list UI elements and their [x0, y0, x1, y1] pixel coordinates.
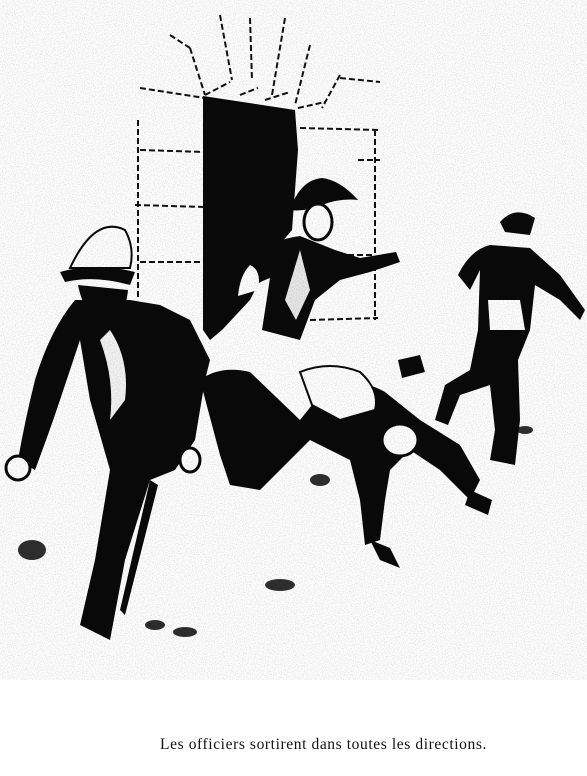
- book-page: Les officiers sortirent dans toutes les …: [0, 0, 587, 776]
- figure-caption: Les officiers sortirent dans toutes les …: [0, 736, 587, 754]
- engraving-illustration: [0, 0, 587, 680]
